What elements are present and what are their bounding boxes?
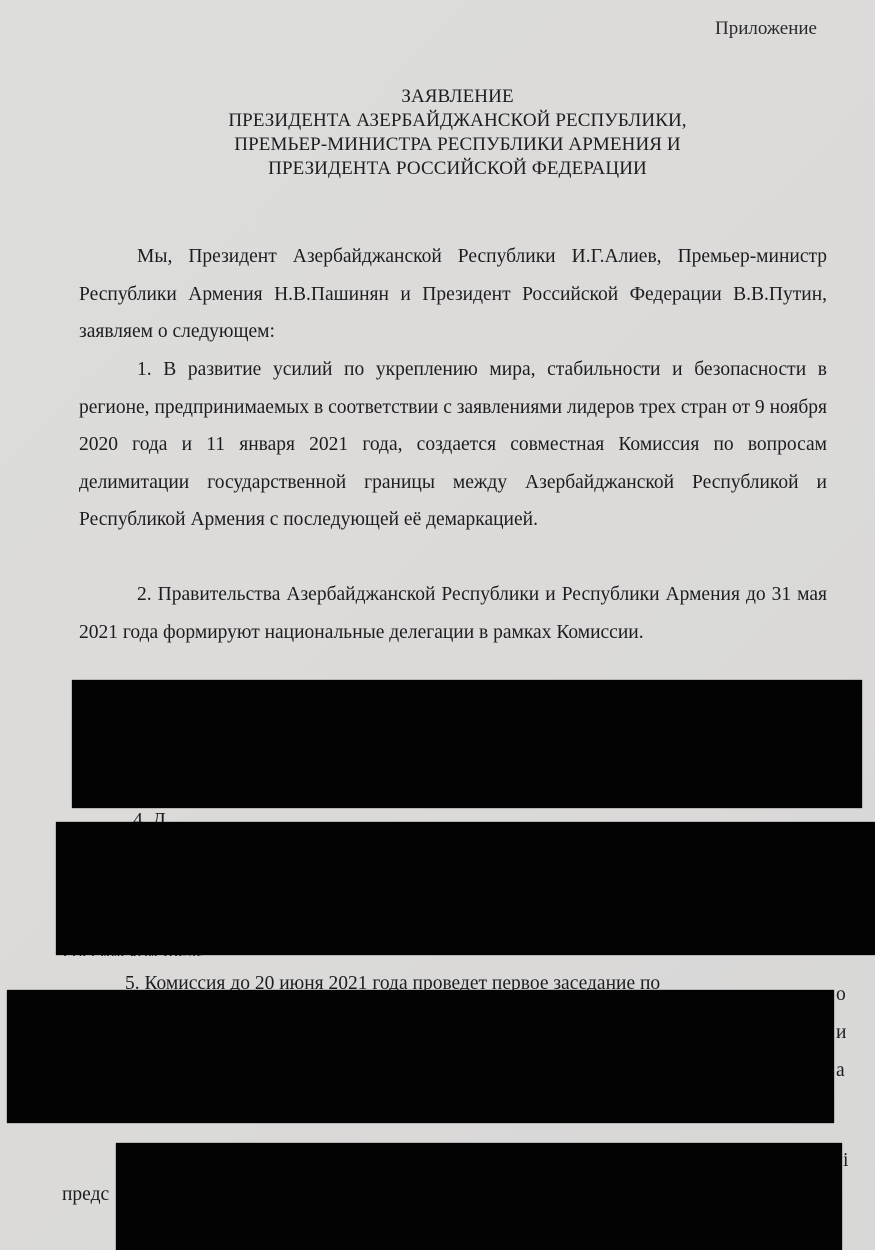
partial-item-4-start: 4. Д: [133, 810, 173, 822]
paragraph-item-1-text: 1. В развитие усилий по укреплению мира,…: [79, 351, 827, 539]
appendix-label: Приложение: [715, 18, 817, 40]
redaction-box-2: [56, 822, 875, 955]
partial-bottom-prefix: предс: [62, 1184, 109, 1206]
paragraph-item-1: 1. В развитие усилий по укреплению мира,…: [79, 351, 827, 539]
paragraph-intro-text: Мы, Президент Азербайджанской Республики…: [79, 238, 827, 351]
paragraph-intro: Мы, Президент Азербайджанской Республики…: [79, 238, 827, 351]
title-line-azerbaijan: ПРЕЗИДЕНТА АЗЕРБАЙДЖАНСКОЙ РЕСПУБЛИКИ,: [0, 109, 875, 133]
redaction-box-1: [72, 680, 862, 808]
document-page: Приложение ЗАЯВЛЕНИЕ ПРЕЗИДЕНТА АЗЕРБАЙД…: [0, 0, 875, 1250]
redaction-box-3: [7, 990, 834, 1123]
document-title: ЗАЯВЛЕНИЕ ПРЕЗИДЕНТА АЗЕРБАЙДЖАНСКОЙ РЕС…: [0, 85, 875, 181]
title-line-russia: ПРЕЗИДЕНТА РОССИЙСКОЙ ФЕДЕРАЦИИ: [0, 157, 875, 181]
partial-right-edge-4: і: [843, 1150, 848, 1172]
title-line-armenia: ПРЕМЬЕР-МИНИСТРА РЕСПУБЛИКИ АРМЕНИЯ И: [0, 133, 875, 157]
paragraph-item-2: 2. Правительства Азербайджанской Республ…: [79, 576, 827, 651]
partial-item-5-start: 5. Комиссия до 20 июня 2021 года проведе…: [125, 973, 845, 990]
title-line-statement: ЗАЯВЛЕНИЕ: [0, 85, 875, 109]
partial-right-edge-1: о: [836, 984, 846, 1006]
redaction-box-4: [116, 1143, 842, 1250]
partial-right-edge-2: и: [836, 1022, 846, 1044]
paragraph-item-2-text: 2. Правительства Азербайджанской Республ…: [79, 576, 827, 651]
partial-right-edge-3: а: [836, 1060, 845, 1082]
